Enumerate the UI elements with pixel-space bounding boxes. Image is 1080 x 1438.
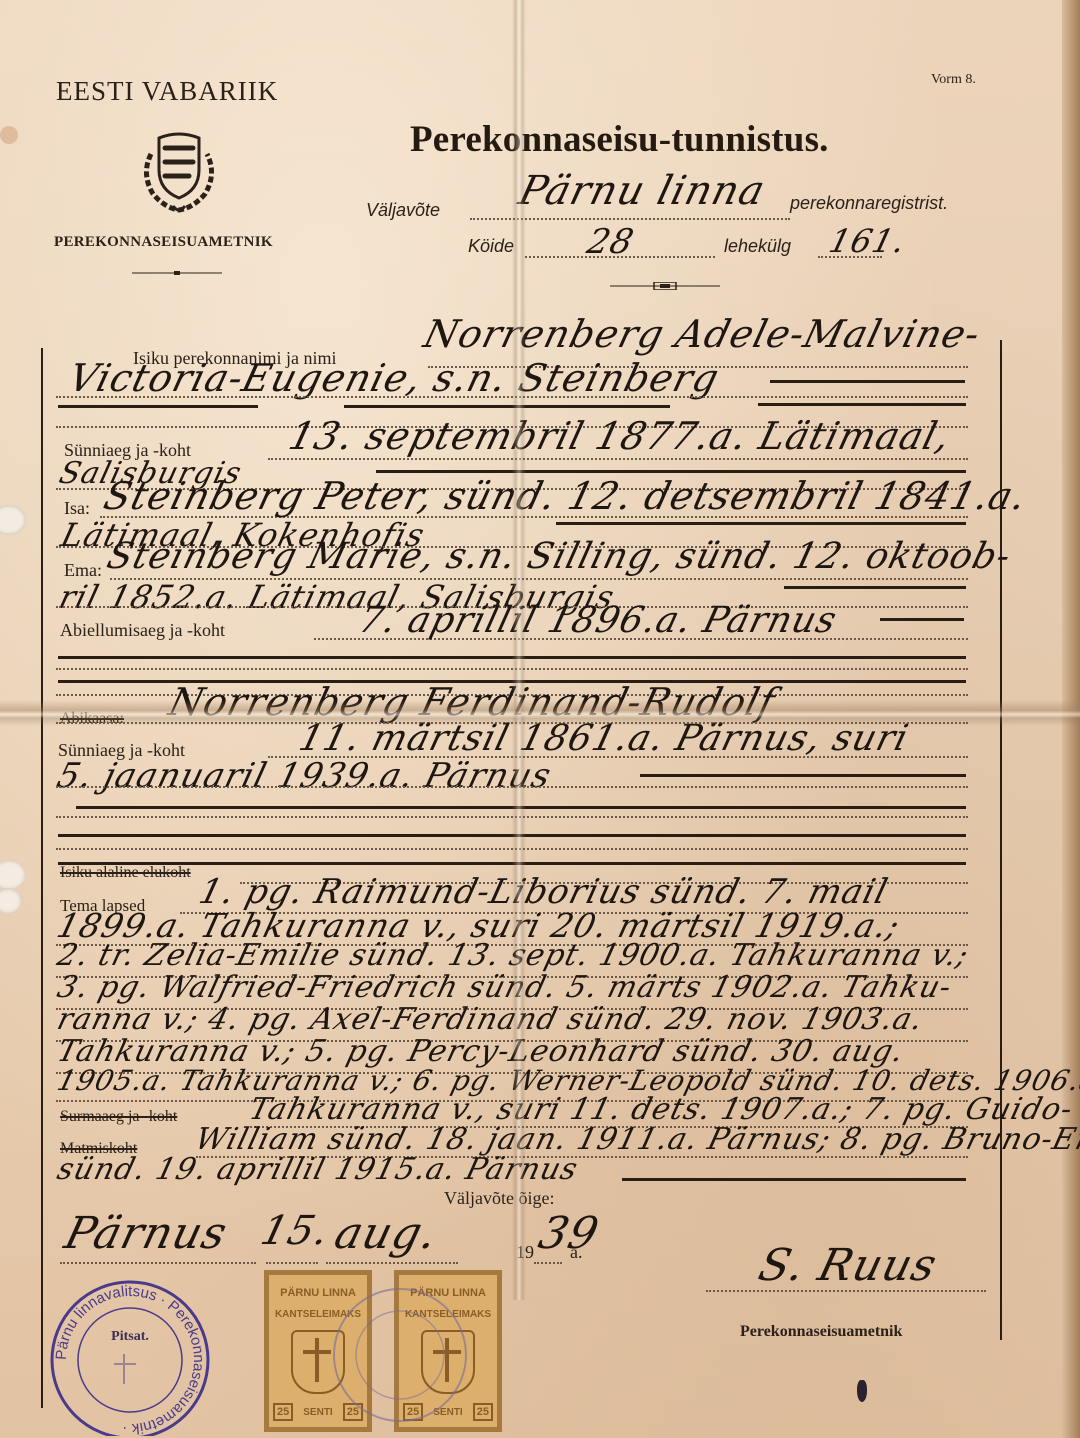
svg-text:Pärnu linnavalitsus · Perekonn: Pärnu linnavalitsus · Perekonnaseisuamet… (53, 1283, 207, 1436)
republic-heading: EESTI VABARIIK (56, 76, 278, 107)
name-line-1: Norrenberg Adele-Malvine- (420, 312, 986, 356)
extract-label: Väljavõte (366, 200, 440, 221)
dotted-line (534, 1262, 562, 1264)
estonian-coat-of-arms-icon (133, 124, 225, 216)
paper-fold-horizontal (0, 700, 1080, 726)
dotted-line (326, 1262, 458, 1264)
document-title: Perekonnaseisu-tunnistus. (410, 118, 829, 161)
stamp-value: 25 (273, 1403, 293, 1421)
signature: S. Ruus (754, 1240, 943, 1291)
fill-rule (784, 586, 966, 589)
page-value: 161. (825, 222, 910, 260)
form-number: Vorm 8. (931, 72, 976, 88)
ornament-divider (610, 282, 720, 290)
seal-outer-text: Pärnu linnavalitsus · Perekonnaseisuamet… (53, 1283, 207, 1436)
office-heading: PEREKONNASEISUAMETNIK (54, 234, 273, 251)
issue-place: Pärnus (60, 1208, 233, 1259)
issue-month: aug. (330, 1208, 443, 1259)
fill-rule (622, 1178, 966, 1181)
fill-rule (640, 774, 966, 777)
extract-value: Pärnu linna (514, 168, 770, 214)
death-label: Surmaaeg ja -koht (60, 1108, 177, 1126)
issue-day: 15. (256, 1208, 334, 1254)
name-line-2: Victoria-Eugenie, s.n. Steinberg (65, 356, 724, 400)
fill-rule (58, 405, 258, 408)
fill-rule (758, 403, 966, 406)
official-seal-icon: Pärnu linnavalitsus · Perekonnaseisuamet… (44, 1278, 216, 1436)
children-line-4: 3. pg. Walfried-Friedrich sünd. 5. märts… (54, 970, 956, 1005)
fill-rule (880, 618, 964, 621)
cancellation-seal-icon (300, 1280, 500, 1430)
children-line-5: ranna v.; 4. pg. Axel-Ferdinand sünd. 29… (54, 1002, 927, 1037)
fill-rule (770, 380, 965, 383)
birth-line-1: 13. septembril 1877.a. Lätimaal, (285, 414, 956, 458)
fill-rule (376, 470, 966, 473)
fill-rule (556, 522, 966, 525)
marriage-line-1: 7. aprillil 1896.a. Pärnus (355, 600, 841, 641)
page-label: lehekülg (724, 236, 791, 257)
year-unit: a. (570, 1242, 583, 1263)
signatory-label: Perekonnaseisuametnik (740, 1323, 902, 1341)
volume-label: Köide (468, 236, 514, 257)
spouse-line-3: 5. jaanuaril 1939.a. Pärnus (53, 756, 556, 796)
fill-rule (344, 405, 670, 408)
stain (0, 126, 18, 144)
ink-spot (857, 1380, 867, 1402)
mother-line-1: Steinberg Marie, s.n. Silling, sünd. 12.… (103, 536, 1015, 577)
paper-fold-vertical (512, 0, 526, 1300)
marriage-label: Abiellumisaeg ja -koht (60, 620, 225, 641)
dotted-line (266, 1262, 318, 1264)
dotted-line (268, 458, 968, 460)
dotted-line (60, 1262, 256, 1264)
residence-label: Isiku alaline elukoht (60, 864, 191, 882)
register-suffix: perekonnaregistrist. (790, 193, 948, 214)
children-line-10: sünd. 19. aprillil 1915.a. Pärnus (54, 1152, 582, 1187)
seal-inner-text: Pitsat. (111, 1329, 149, 1344)
extract-correct-label: Väljavõte õige: (444, 1188, 554, 1209)
ornament-divider (132, 271, 222, 275)
form-frame-left (41, 348, 43, 1408)
father-line-1: Steinberg Peter, sünd. 12. detsembril 18… (100, 474, 1032, 518)
